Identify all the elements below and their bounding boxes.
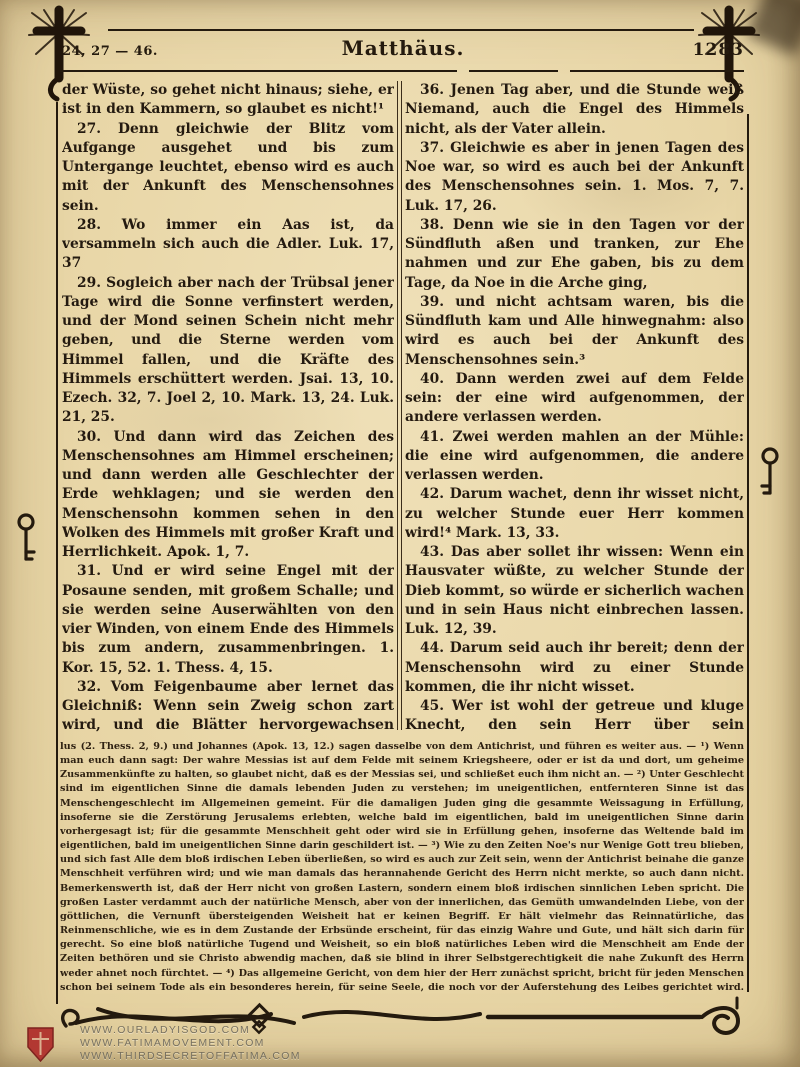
right-border-rule: [747, 114, 749, 992]
watermark-line: WWW.FATIMAMOVEMENT.COM: [80, 1037, 301, 1050]
page-header: 24, 27 — 46. Matthäus. 1283: [62, 36, 744, 60]
scripture-columns: der Wüste, so gehet nicht hinaus; siehe,…: [62, 81, 744, 737]
watermark-text: WWW.OURLADYISGOD.COM WWW.FATIMAMOVEMENT.…: [80, 1024, 301, 1063]
verse-paragraph: 28. Wo immer ein Aas ist, da versammeln …: [62, 216, 394, 274]
verse-paragraph: 40. Dann werden zwei auf dem Felde sein:…: [405, 370, 744, 428]
verse-paragraph: 36. Jenen Tag aber, und die Stunde weiß …: [405, 81, 744, 139]
watermark-line: WWW.OURLADYISGOD.COM: [80, 1024, 301, 1037]
page-title: Matthäus.: [342, 36, 465, 60]
verse-paragraph: 32. Vom Feigenbaume aber lernet das Glei…: [62, 678, 394, 737]
footnote-block: lus (2. Thess. 2, 9.) und Johannes (Apok…: [60, 740, 744, 992]
verse-paragraph: 37. Gleichwie es aber in jenen Tagen des…: [405, 139, 744, 216]
top-border-rule: [108, 29, 694, 31]
key-icon: [758, 446, 782, 500]
left-border-rule: [56, 102, 58, 1004]
verse-paragraph: der Wüste, so gehet nicht hinaus; siehe,…: [62, 81, 394, 120]
text-column-left: der Wüste, so gehet nicht hinaus; siehe,…: [62, 81, 394, 737]
page-number: 1283: [464, 40, 744, 60]
verse-paragraph: 27. Denn gleichwie der Blitz vom Aufgang…: [62, 120, 394, 216]
text-column-right: 36. Jenen Tag aber, und die Stunde weiß …: [405, 81, 744, 737]
header-rule: [60, 70, 744, 72]
verse-paragraph: 41. Zwei werden mahlen an der Mühle: die…: [405, 428, 744, 486]
verse-paragraph: 42. Darum wachet, denn ihr wisset nicht,…: [405, 485, 744, 543]
column-divider: [397, 81, 402, 730]
shield-watermark-icon: [27, 1027, 54, 1062]
verse-paragraph: 44. Darum seid auch ihr bereit; denn der…: [405, 639, 744, 697]
verse-range: 24, 27 — 46.: [62, 44, 342, 59]
verse-paragraph: 30. Und dann wird das Zeichen des Mensch…: [62, 428, 394, 563]
key-icon: [14, 512, 38, 566]
watermark-line: WWW.THIRDSECRETOFFATIMA.COM: [80, 1050, 301, 1063]
verse-paragraph: 38. Denn wie sie in den Tagen vor der Sü…: [405, 216, 744, 293]
verse-paragraph: 31. Und er wird seine Engel mit der Posa…: [62, 562, 394, 678]
verse-paragraph: 29. Sogleich aber nach der Trübsal jener…: [62, 274, 394, 428]
scanned-bible-page: 24, 27 — 46. Matthäus. 1283 der Wüste, s…: [0, 0, 800, 1067]
verse-paragraph: 39. und nicht achtsam waren, bis die Sün…: [405, 293, 744, 370]
verse-paragraph: 43. Das aber sollet ihr wissen: Wenn ein…: [405, 543, 744, 639]
verse-paragraph: 45. Wer ist wohl der getreue und kluge K…: [405, 697, 744, 737]
